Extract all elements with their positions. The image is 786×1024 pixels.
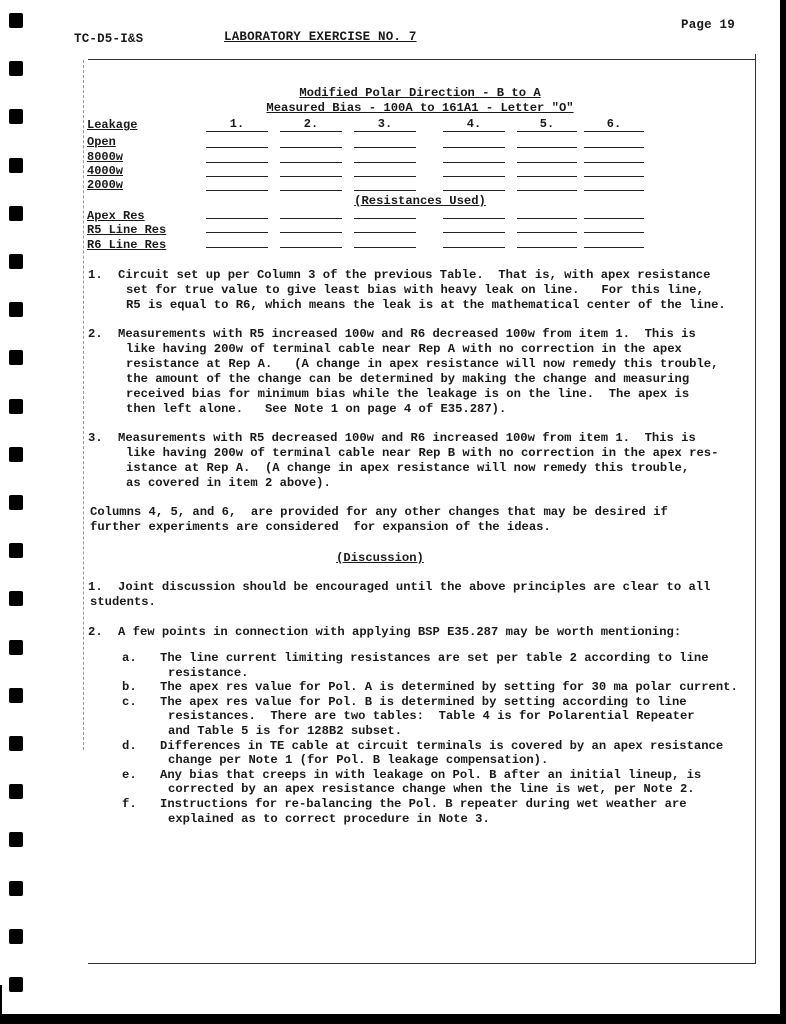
punch-hole xyxy=(9,688,23,703)
punch-hole xyxy=(9,206,23,221)
row-header-leakage: Leakage xyxy=(87,118,137,132)
point-text-line: Instructions for re-balancing the Pol. B… xyxy=(160,797,687,812)
blank-cell xyxy=(280,218,342,219)
row-label-resistance: R6 Line Res xyxy=(87,238,166,252)
document-id: TC-D5-I&S xyxy=(74,32,143,46)
item-number: 3. xyxy=(88,431,103,446)
punch-hole xyxy=(9,447,23,462)
column-header-6: 6. xyxy=(584,117,644,131)
point-text-line: change per Note 1 (for Pol. B leakage co… xyxy=(168,753,548,768)
blank-cell xyxy=(443,232,505,233)
item-text-line: set for true value to give least bias wi… xyxy=(126,283,704,298)
column-header-underline xyxy=(443,131,505,132)
blank-cell xyxy=(354,147,416,148)
blank-cell xyxy=(443,176,505,177)
column-header-underline xyxy=(280,131,342,132)
row-label-resistance: Apex Res xyxy=(87,209,145,223)
point-text-line: The apex res value for Pol. A is determi… xyxy=(160,680,738,695)
page-title: LABORATORY EXERCISE NO. 7 xyxy=(224,30,417,44)
blank-cell xyxy=(517,162,577,163)
table-title-1: Modified Polar Direction - B to A xyxy=(230,86,610,101)
blank-cell xyxy=(517,232,577,233)
punch-hole xyxy=(9,832,23,847)
blank-cell xyxy=(206,190,268,191)
discussion-title: (Discussion) xyxy=(280,551,480,566)
row-label-resistance: R5 Line Res xyxy=(87,223,166,237)
item-text-line: the amount of the change can be determin… xyxy=(126,372,689,387)
blank-cell xyxy=(443,190,505,191)
blank-cell xyxy=(206,147,268,148)
row-label-leakage: Open xyxy=(87,135,116,149)
blank-cell xyxy=(280,190,342,191)
discussion-intro: A few points in connection with applying… xyxy=(118,625,681,640)
item-text-line: then left alone. See Note 1 on page 4 of… xyxy=(126,402,506,417)
blank-cell xyxy=(280,147,342,148)
blank-cell xyxy=(354,232,416,233)
punch-hole xyxy=(9,784,23,799)
frame-border-left xyxy=(83,60,84,750)
punch-hole xyxy=(9,350,23,365)
point-letter: e. xyxy=(122,768,137,783)
table-title-2: Measured Bias - 100A to 161A1 - Letter "… xyxy=(230,101,610,116)
blank-cell xyxy=(584,218,644,219)
frame-border-bottom xyxy=(88,963,756,964)
item-number: 2. xyxy=(88,327,103,342)
punch-hole xyxy=(9,977,23,992)
resistances-used-title: (Resistances Used) xyxy=(300,194,540,209)
blank-cell xyxy=(443,147,505,148)
punch-hole xyxy=(9,13,23,28)
blank-cell xyxy=(354,162,416,163)
point-letter: c. xyxy=(122,695,137,710)
blank-cell xyxy=(354,190,416,191)
blank-cell xyxy=(517,247,577,248)
column-header-3: 3. xyxy=(354,117,416,131)
item-text-line: received bias for minimum bias while the… xyxy=(126,387,689,402)
point-text-line: resistances. There are two tables: Table… xyxy=(168,709,695,724)
column-header-2: 2. xyxy=(280,117,342,131)
point-letter: a. xyxy=(122,651,137,666)
discussion-text-line: students. xyxy=(90,595,156,610)
frame-border-top xyxy=(88,59,756,60)
scan-edge-right xyxy=(780,0,786,1024)
blank-cell xyxy=(584,190,644,191)
discussion-item-number: 2. xyxy=(88,625,103,640)
blank-cell xyxy=(206,232,268,233)
row-label-leakage: 4000w xyxy=(87,164,123,178)
column-header-5: 5. xyxy=(517,117,577,131)
punch-hole xyxy=(9,543,23,558)
punch-hole xyxy=(9,302,23,317)
item-text-line: Circuit set up per Column 3 of the previ… xyxy=(118,268,710,283)
point-text-line: resistance. xyxy=(168,666,248,681)
punch-hole xyxy=(9,109,23,124)
blank-cell xyxy=(517,176,577,177)
blank-cell xyxy=(354,247,416,248)
blank-cell xyxy=(206,218,268,219)
scan-edge-bottom xyxy=(0,1014,786,1024)
frame-border-right xyxy=(755,54,756,964)
blank-cell xyxy=(584,247,644,248)
item-text-line: as covered in item 2 above). xyxy=(126,476,331,491)
column-header-4: 4. xyxy=(443,117,505,131)
point-text-line: The apex res value for Pol. B is determi… xyxy=(160,695,687,710)
blank-cell xyxy=(354,176,416,177)
point-letter: d. xyxy=(122,739,137,754)
column-header-underline xyxy=(206,131,268,132)
blank-cell xyxy=(517,218,577,219)
column-header-underline xyxy=(517,131,577,132)
blank-cell xyxy=(280,247,342,248)
blank-cell xyxy=(584,162,644,163)
point-letter: f. xyxy=(122,797,137,812)
punch-hole xyxy=(9,929,23,944)
punch-hole xyxy=(9,399,23,414)
column-header-underline xyxy=(584,131,644,132)
row-label-leakage: 8000w xyxy=(87,150,123,164)
blank-cell xyxy=(206,176,268,177)
item-number: 1. xyxy=(88,268,103,283)
blank-cell xyxy=(354,218,416,219)
blank-cell xyxy=(280,162,342,163)
punch-hole xyxy=(9,254,23,269)
point-text-line: Any bias that creeps in with leakage on … xyxy=(160,768,701,783)
scan-edge-left xyxy=(0,985,2,1015)
column-header-1: 1. xyxy=(206,117,268,131)
blank-cell xyxy=(584,147,644,148)
columns-note-line: further experiments are considered for e… xyxy=(90,520,551,535)
discussion-text-line: Joint discussion should be encouraged un… xyxy=(118,580,710,595)
punch-hole xyxy=(9,881,23,896)
blank-cell xyxy=(206,162,268,163)
punch-hole xyxy=(9,591,23,606)
punch-hole xyxy=(9,61,23,76)
punch-hole xyxy=(9,736,23,751)
point-text-line: corrected by an apex resistance change w… xyxy=(168,782,695,797)
row-label-leakage: 2000w xyxy=(87,178,123,192)
column-header-underline xyxy=(354,131,416,132)
item-text-line: Measurements with R5 decreased 100w and … xyxy=(118,431,696,446)
blank-cell xyxy=(443,247,505,248)
item-text-line: Measurements with R5 increased 100w and … xyxy=(118,327,696,342)
point-letter: b. xyxy=(122,680,137,695)
blank-cell xyxy=(280,176,342,177)
point-text-line: The line current limiting resistances ar… xyxy=(160,651,709,666)
item-text-line: like having 200w of terminal cable near … xyxy=(126,446,718,461)
item-text-line: R5 is equal to R6, which means the leak … xyxy=(126,298,726,313)
page-number: Page 19 xyxy=(681,18,735,32)
point-text-line: explained as to correct procedure in Not… xyxy=(168,812,490,827)
punch-hole xyxy=(9,495,23,510)
blank-cell xyxy=(517,190,577,191)
punch-hole xyxy=(9,158,23,173)
point-text-line: Differences in TE cable at circuit termi… xyxy=(160,739,723,754)
item-text-line: like having 200w of terminal cable near … xyxy=(126,342,682,357)
blank-cell xyxy=(517,147,577,148)
blank-cell xyxy=(443,218,505,219)
punch-hole xyxy=(9,640,23,655)
item-text-line: resistance at Rep A. (A change in apex r… xyxy=(126,357,718,372)
item-text-line: istance at Rep A. (A change in apex resi… xyxy=(126,461,689,476)
point-text-line: and Table 5 is for 128B2 subset. xyxy=(168,724,402,739)
blank-cell xyxy=(584,176,644,177)
discussion-item-number: 1. xyxy=(88,580,103,595)
blank-cell xyxy=(280,232,342,233)
blank-cell xyxy=(206,247,268,248)
columns-note-line: Columns 4, 5, and 6, are provided for an… xyxy=(90,505,668,520)
blank-cell xyxy=(584,232,644,233)
blank-cell xyxy=(443,162,505,163)
